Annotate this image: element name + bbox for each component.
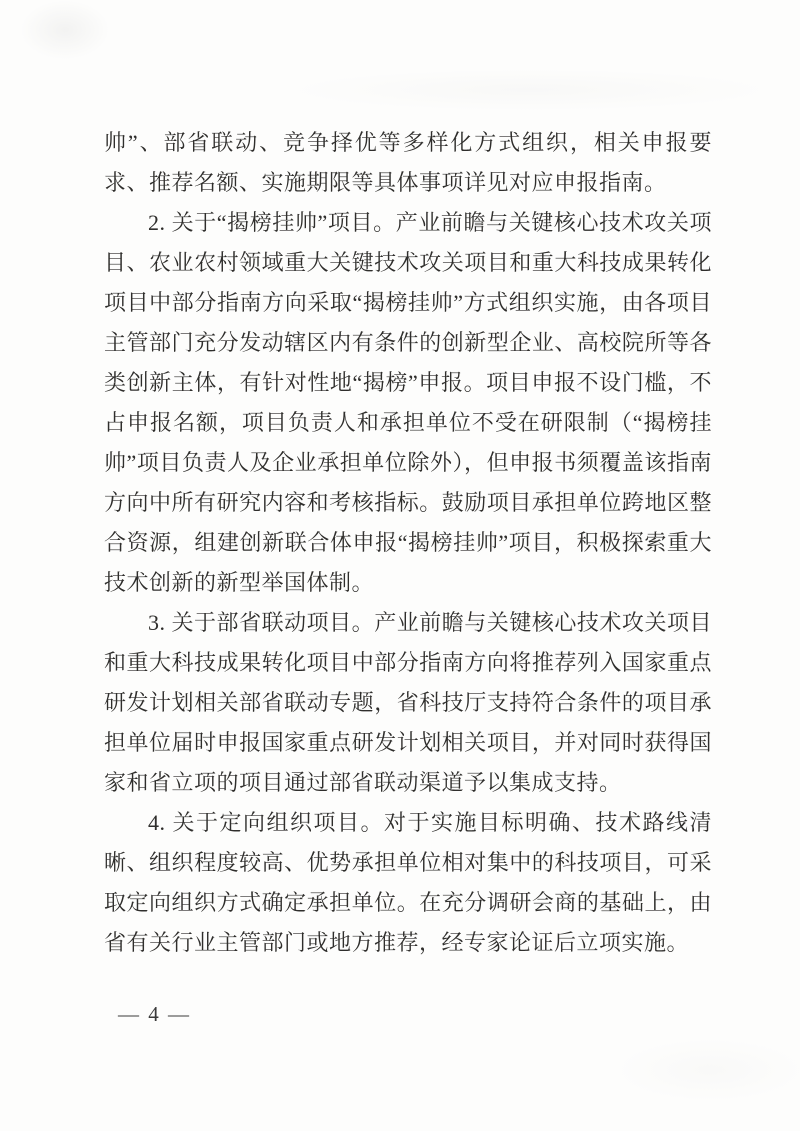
paragraph: 3. 关于部省联动项目。产业前瞻与关键核心技术攻关项目和重大科技成果转化项目中部… bbox=[104, 603, 712, 803]
page-number: — 4 — bbox=[118, 1002, 191, 1027]
paragraph: 4. 关于定向组织项目。对于实施目标明确、技术路线清晰、组织程度较高、优势承担单… bbox=[104, 803, 712, 963]
paragraph: 帅”、部省联动、竞争择优等多样化方式组织，相关申报要求、推荐名额、实施期限等具体… bbox=[104, 123, 712, 203]
scan-artifact bbox=[620, 1040, 800, 1100]
document-body: 帅”、部省联动、竞争择优等多样化方式组织，相关申报要求、推荐名额、实施期限等具体… bbox=[104, 123, 712, 963]
paragraph: 2. 关于“揭榜挂帅”项目。产业前瞻与关键核心技术攻关项目、农业农村领域重大关键… bbox=[104, 203, 712, 603]
scan-artifact bbox=[20, 0, 110, 60]
scan-artifact bbox=[300, 70, 760, 110]
